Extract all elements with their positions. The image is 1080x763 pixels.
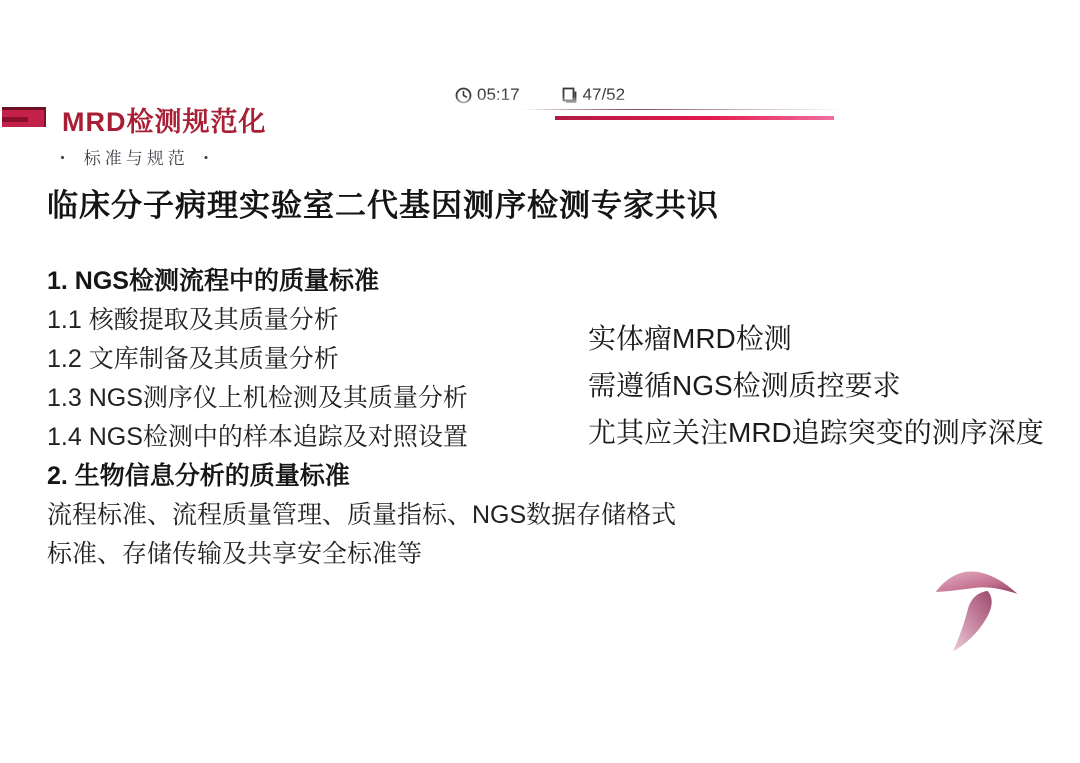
brand-swoosh-logo — [928, 565, 1024, 661]
decorative-gradient-bar — [256, 108, 920, 126]
flag-icon — [2, 107, 46, 127]
clock-icon — [455, 87, 472, 104]
callout-text: 实体瘤MRD检测 需遵循NGS检测质控要求 尤其应关注MRD追踪突变的测序深度 — [588, 315, 1044, 456]
callout-line-3: 尤其应关注MRD追踪突变的测序深度 — [588, 409, 1044, 456]
flag-stripe — [2, 117, 28, 122]
outline-item-2-body-1: 流程标准、流程质量管理、质量指标、NGS数据存储格式 — [47, 496, 676, 535]
outline-item-1-4: 1.4 NGS检测中的样本追踪及对照设置 — [47, 418, 676, 457]
outline-item-1-3: 1.3 NGS测序仪上机检测及其质量分析 — [47, 379, 676, 418]
outline-item-1-2: 1.2 文库制备及其质量分析 — [47, 340, 676, 379]
swoosh-lower-stroke — [953, 591, 992, 651]
slide-title: 临床分子病理实验室二代基因测序检测专家共识 — [47, 180, 719, 225]
outline-item-2-body-2: 标准、存储传输及共享安全标准等 — [47, 535, 676, 574]
elapsed-time-group: 05:17 — [455, 85, 520, 105]
page-counter-group: 47/52 — [562, 85, 626, 105]
page-counter: 47/52 — [583, 85, 626, 105]
outline-heading-2: 2. 生物信息分析的质量标准 — [47, 457, 676, 496]
outline-list: 1. NGS检测流程中的质量标准 1.1 核酸提取及其质量分析 1.2 文库制备… — [47, 262, 676, 574]
elapsed-time: 05:17 — [477, 85, 520, 105]
callout-line-2: 需遵循NGS检测质控要求 — [588, 362, 1044, 409]
outline-item-1-1: 1.1 核酸提取及其质量分析 — [47, 301, 676, 340]
player-overlay: 05:17 47/52 — [455, 83, 625, 107]
outline-heading-1: 1. NGS检测流程中的质量标准 — [47, 262, 676, 301]
bar-red-stripe — [555, 116, 834, 120]
callout-line-1: 实体瘤MRD检测 — [588, 315, 1044, 362]
presentation-slide: MRD检测规范化 05:17 47/52 ・ 标准与规范 ・ 临床分子病理实验室… — [0, 0, 1080, 763]
bar-top-line — [522, 108, 907, 110]
swoosh-upper-stroke — [936, 572, 1018, 594]
pages-icon — [562, 87, 578, 104]
subtitle: ・ 标准与规范 ・ — [54, 144, 218, 169]
section-badge: MRD检测规范化 — [62, 100, 267, 139]
